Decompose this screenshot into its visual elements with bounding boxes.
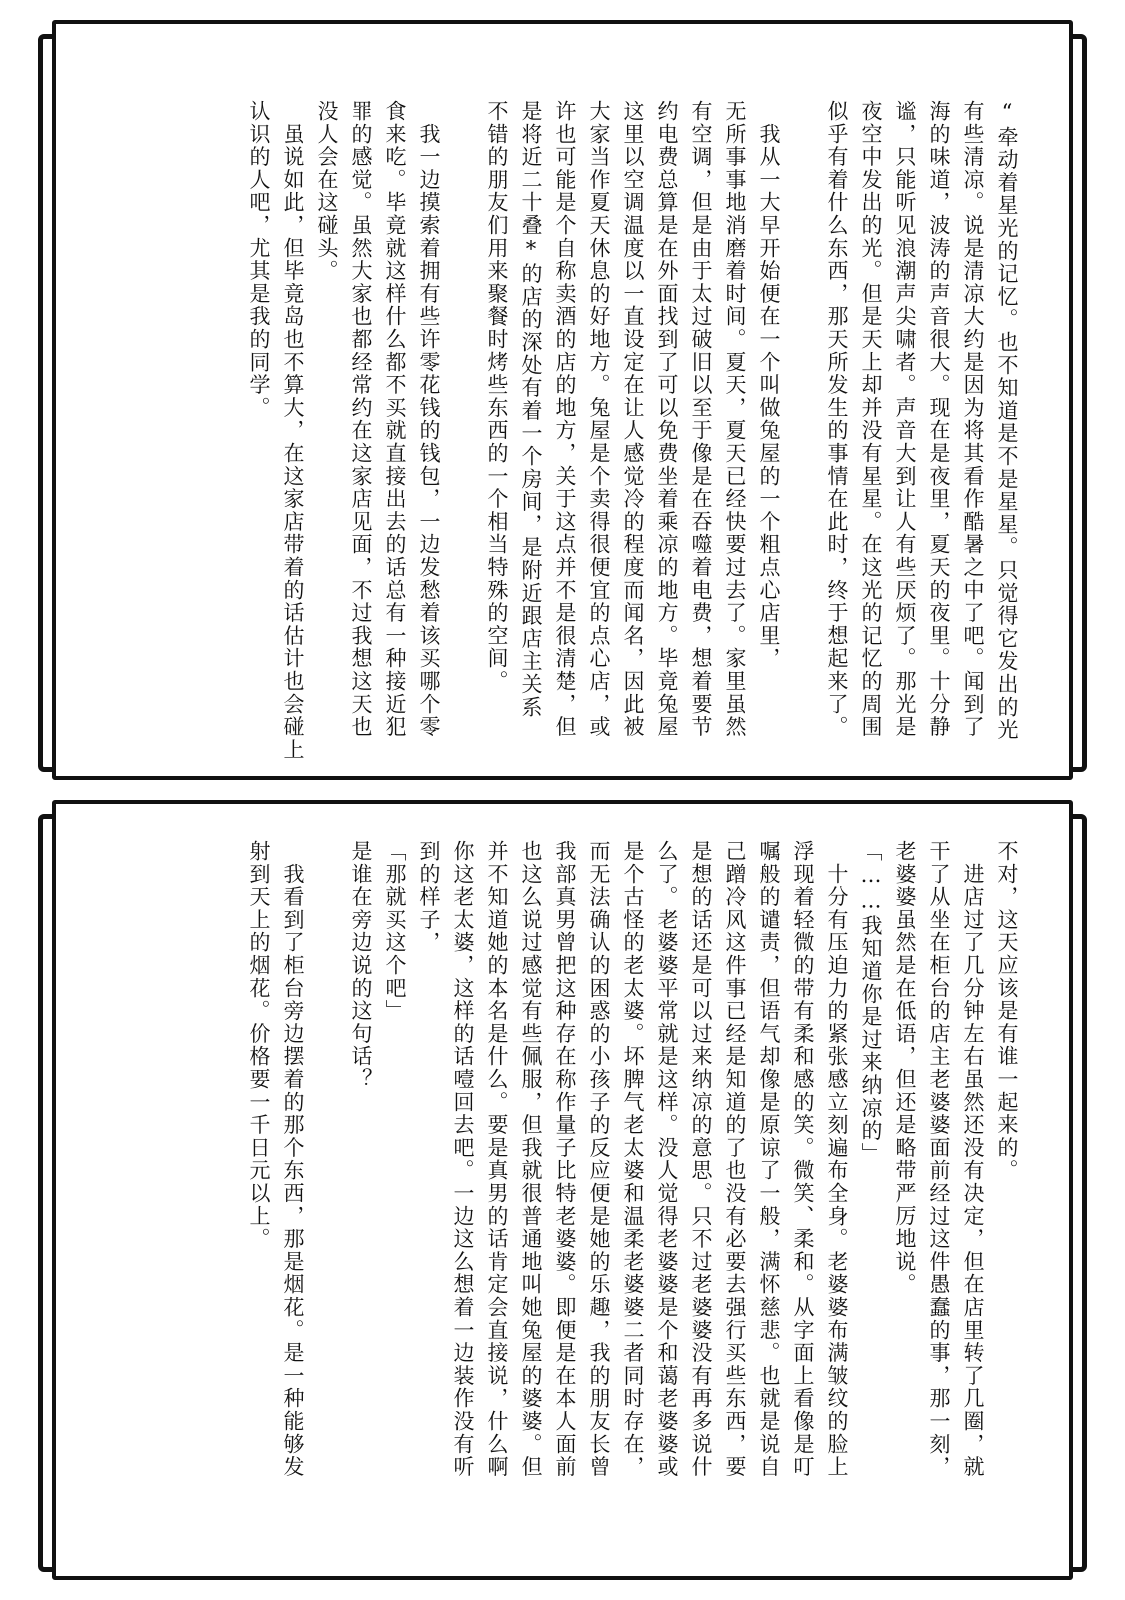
text-column: 到的样子， (412, 840, 446, 954)
text-column: 约电费总算是在外面找到了可以免费坐着乘凉的地方。毕竟兔屋 (650, 100, 684, 738)
text-column: 食来吃。毕竟就这样什么都不买就直接出去的话总有一种接近犯 (378, 100, 412, 738)
text-column: 我部真男曾把这种存在称作量子比特老婆婆。即便是在本人面前 (548, 840, 582, 1478)
text-column: 嘱般的谴责，但语气却像是原谅了一般，满怀慈悲。也就是说自 (752, 840, 786, 1478)
text-column: 谧，只能听见浪潮声尖啸者。声音大到让人有些厌烦了。那光是 (888, 100, 922, 738)
text-column: 也这么说过感觉有些佩服，但我就很普通地叫她兔屋的婆婆。但 (514, 840, 548, 1478)
text-column: 十分有压迫力的紧张感立刻遍布全身。老婆婆布满皱纹的脸上 (820, 840, 854, 1478)
text-column: 夜空中发出的光。但是天上却并没有星星。在这光的记忆的周围 (854, 100, 888, 738)
text-column: 「……我知道你是过来纳凉的」 (854, 840, 888, 1165)
text-column: 无所事事地消磨着时间。夏天，夏天已经快要过去了。家里虽然 (718, 100, 752, 738)
text-column: 是将近二十叠*的店的深处有着一个房间，是附近跟店主关系 (514, 100, 548, 719)
text-column: 浮现着轻微的带有柔和感的笑。微笑、柔和。从字面上看像是叮 (786, 840, 820, 1478)
text-column: 我看到了柜台旁边摆着的那个东西，那是烟花。是一种能够发 (276, 840, 310, 1478)
text-column: 我从一大早开始便在一个叫做兔屋的一个粗点心店里， (752, 100, 786, 670)
text-column: 这里以空调温度以一直设定在让人感觉冷的程度而闻名，因此被 (616, 100, 650, 738)
text-column: 罪的感觉。虽然大家也都经常约在这家店见面，不过我想这天也 (344, 100, 378, 738)
text-column: 干了从坐在柜台的店主老婆婆面前经过这件愚蠢的事，那一刻， (922, 840, 956, 1478)
text-column: 并不知道她的本名是什么。要是真男的话肯定会直接说，什么啊 (480, 840, 514, 1478)
text-column: 「那就买这个吧」 (378, 840, 412, 1022)
text-column: 进店过了几分钟左右虽然还没有决定，但在店里转了几圈，就 (956, 840, 990, 1478)
text-column: 海的味道，波涛的声音很大。现在是夜里，夏天的夜里。十分静 (922, 100, 956, 738)
text-column: “牵动着星光的记忆。也不知道是不是星星。只觉得它发出的光 (990, 100, 1024, 741)
text-column: 许也可能是个自称卖酒的店的地方，关于这点并不是很清楚，但 (548, 100, 582, 738)
text-column: 而无法确认的困惑的小孩子的反应便是她的乐趣，我的朋友长曾 (582, 840, 616, 1478)
text-column: 不错的朋友们用来聚餐时烤些东西的一个相当特殊的空间。 (480, 100, 514, 693)
text-column: 是谁在旁边说的这句话？ (344, 840, 378, 1091)
text-column: 大家当作夏天休息的好地方。兔屋是个卖得很便宜的点心店，或 (582, 100, 616, 738)
text-column: 虽说如此，但毕竟岛也不算大，在这家店带着的话估计也会碰上 (276, 100, 310, 761)
text-column: 认识的人吧，尤其是我的同学。 (242, 100, 276, 419)
text-column: 你这老太婆，这样的话噎回去吧。一边这么想着一边装作没有听 (446, 840, 480, 1478)
text-column: 有些清凉。说是清凉大约是因为将其看作酷暑之中了吧。闻到了 (956, 100, 990, 738)
text-column: 射到天上的烟花。价格要一千日元以上。 (242, 840, 276, 1250)
text-column: 是想的话还是可以过来纳凉的意思。只不过老婆婆没有再多说什 (684, 840, 718, 1478)
text-column: 有空调，但是由于太过破旧以至于像是在吞噬着电费，想着要节 (684, 100, 718, 738)
text-column: 我一边摸索着拥有些许零花钱的钱包，一边发愁着该买哪个零 (412, 100, 446, 738)
text-frame-bottom: 不对，这天应该是有谁一起来的。 进店过了几分钟左右虽然还没有决定，但在店里转了几… (38, 800, 1087, 1580)
text-column: 己蹭冷风这件事已经是知道的了也没有必要去强行买些东西，要 (718, 840, 752, 1478)
text-column: 似乎有着什么东西，那天所发生的事情在此时，终于想起来了。 (820, 100, 854, 738)
text-column: 老婆婆虽然是在低语，但还是略带严厉地说。 (888, 840, 922, 1296)
text-column: 没人会在这碰头。 (310, 100, 344, 282)
text-column: 是个古怪的老太婆。坏脾气老太婆和温柔老婆婆二者同时存在， (616, 840, 650, 1478)
text-frame-top: “牵动着星光的记忆。也不知道是不是星星。只觉得它发出的光 有些清凉。说是清凉大约… (38, 20, 1087, 780)
text-column: 不对，这天应该是有谁一起来的。 (990, 840, 1024, 1182)
text-column: 么了。老婆婆平常就是这样。没人觉得老婆婆是个和蔼老婆婆或 (650, 840, 684, 1478)
